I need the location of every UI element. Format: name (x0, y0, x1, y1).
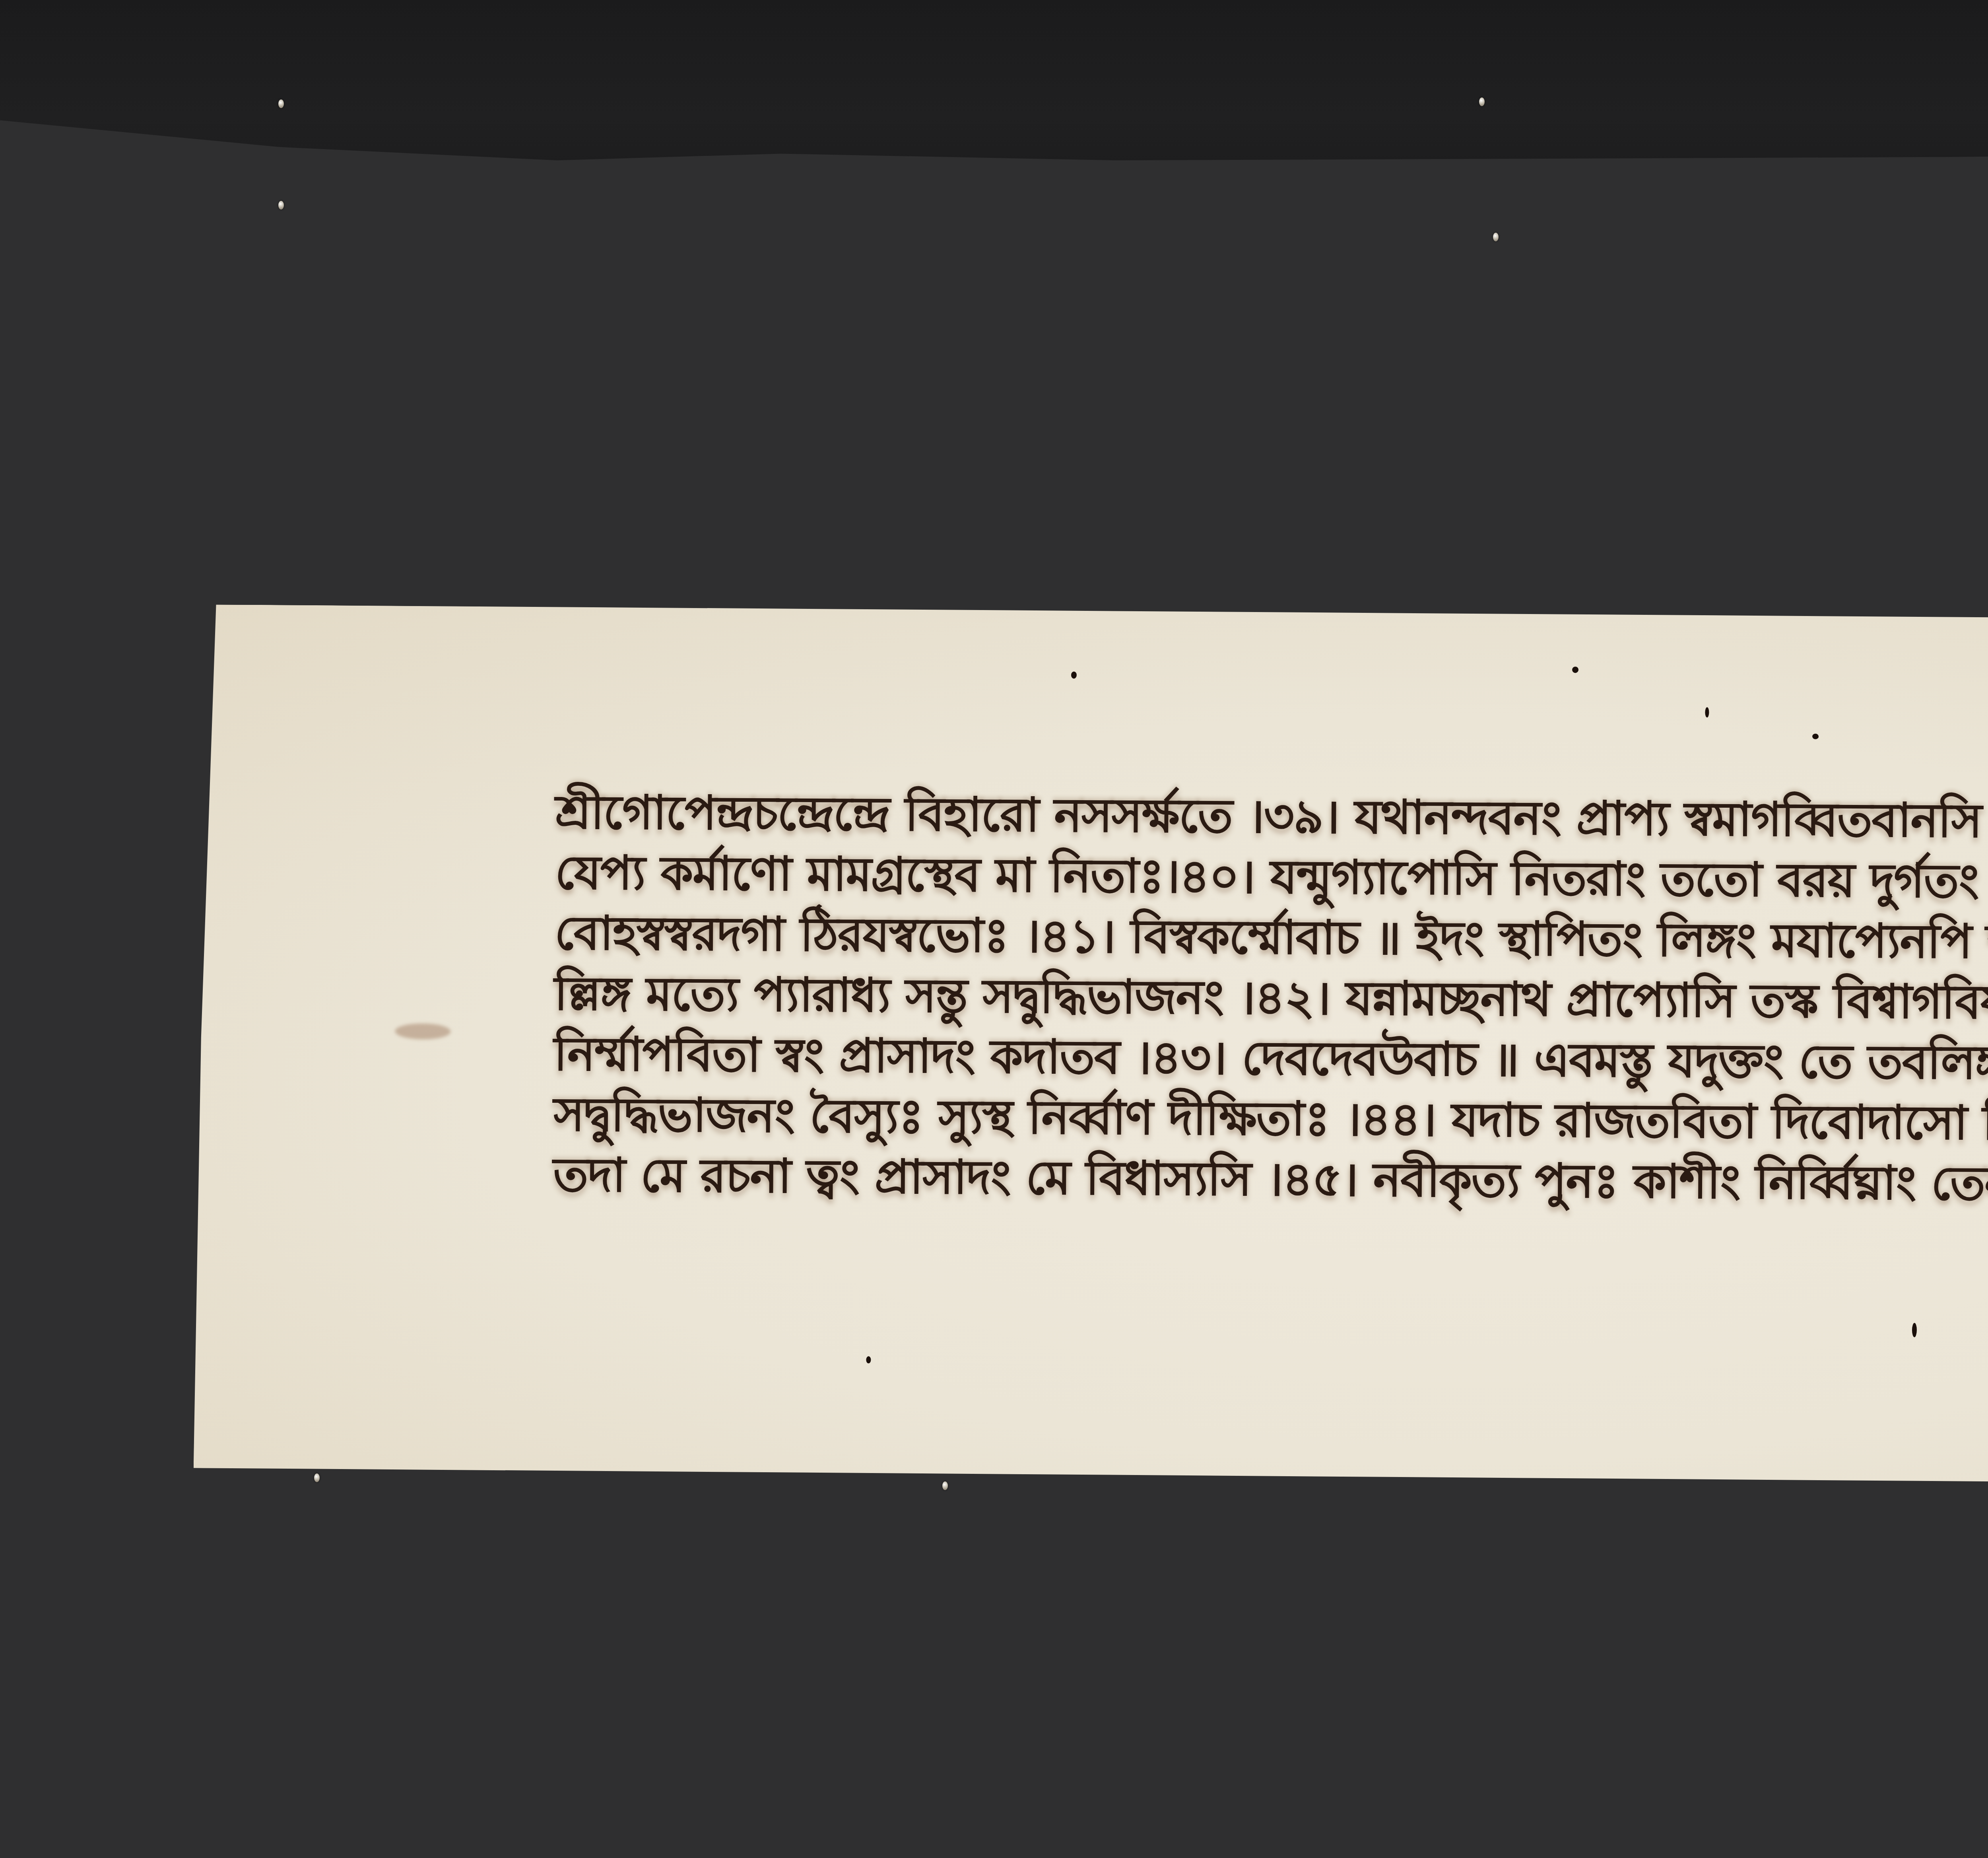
pin (278, 201, 284, 210)
pin (278, 99, 284, 108)
manuscript-line-3: বোহস্বস্বরদগা ঠিরযস্বভোঃ ।৪১। বিস্বকর্ম্… (555, 902, 1988, 974)
pin (314, 1473, 320, 1482)
ink-spot (866, 1356, 871, 1363)
dark-backing-upper-sheet (0, 0, 1988, 167)
manuscript-text-block: শ্রীগোপেন্দ্রচন্দ্রেন্দ্রে বিহারো নসসর্ক… (553, 781, 1988, 1215)
manuscript-line-4: ল্লিঙ্গ মত্যে প্যারাধ্য সন্তু সদ্বুদ্ধিভ… (554, 963, 1988, 1034)
manuscript-line-2: যেপ্য কর্মাণো মামগ্রস্থেব মা নিতাঃ।৪০। য… (555, 842, 1988, 913)
manuscript-line-5: নির্ম্মাপবিতা স্বং প্রাসাদং কদাতব ।৪৩। দ… (554, 1023, 1988, 1094)
pin (1479, 97, 1485, 106)
manuscript-line-1: শ্রীগোপেন্দ্রচন্দ্রেন্দ্রে বিহারো নসসর্ক… (555, 781, 1988, 853)
pin (942, 1481, 948, 1490)
manuscript-line-6: সদ্বুদ্ধিভাজনং বৈস্যুঃ স্যুস্থ নির্ব্বাণ… (553, 1084, 1988, 1155)
pin (1493, 233, 1499, 241)
ink-spot (1705, 707, 1709, 717)
ink-spot (1812, 734, 1819, 739)
manuscript-leaf: শ্রীগোপেন্দ্রচন্দ্রেন্দ্রে বিহারো নসসর্ক… (194, 604, 1988, 1487)
ink-spot (1912, 1323, 1917, 1337)
ink-smudge (395, 1023, 450, 1040)
ink-spot (1572, 667, 1578, 673)
manuscript-line-7: তদা মে রচনা ত্বং প্রাসাদং মে বিধাস্যসি ।… (553, 1144, 1988, 1215)
ink-spot (1071, 671, 1077, 678)
